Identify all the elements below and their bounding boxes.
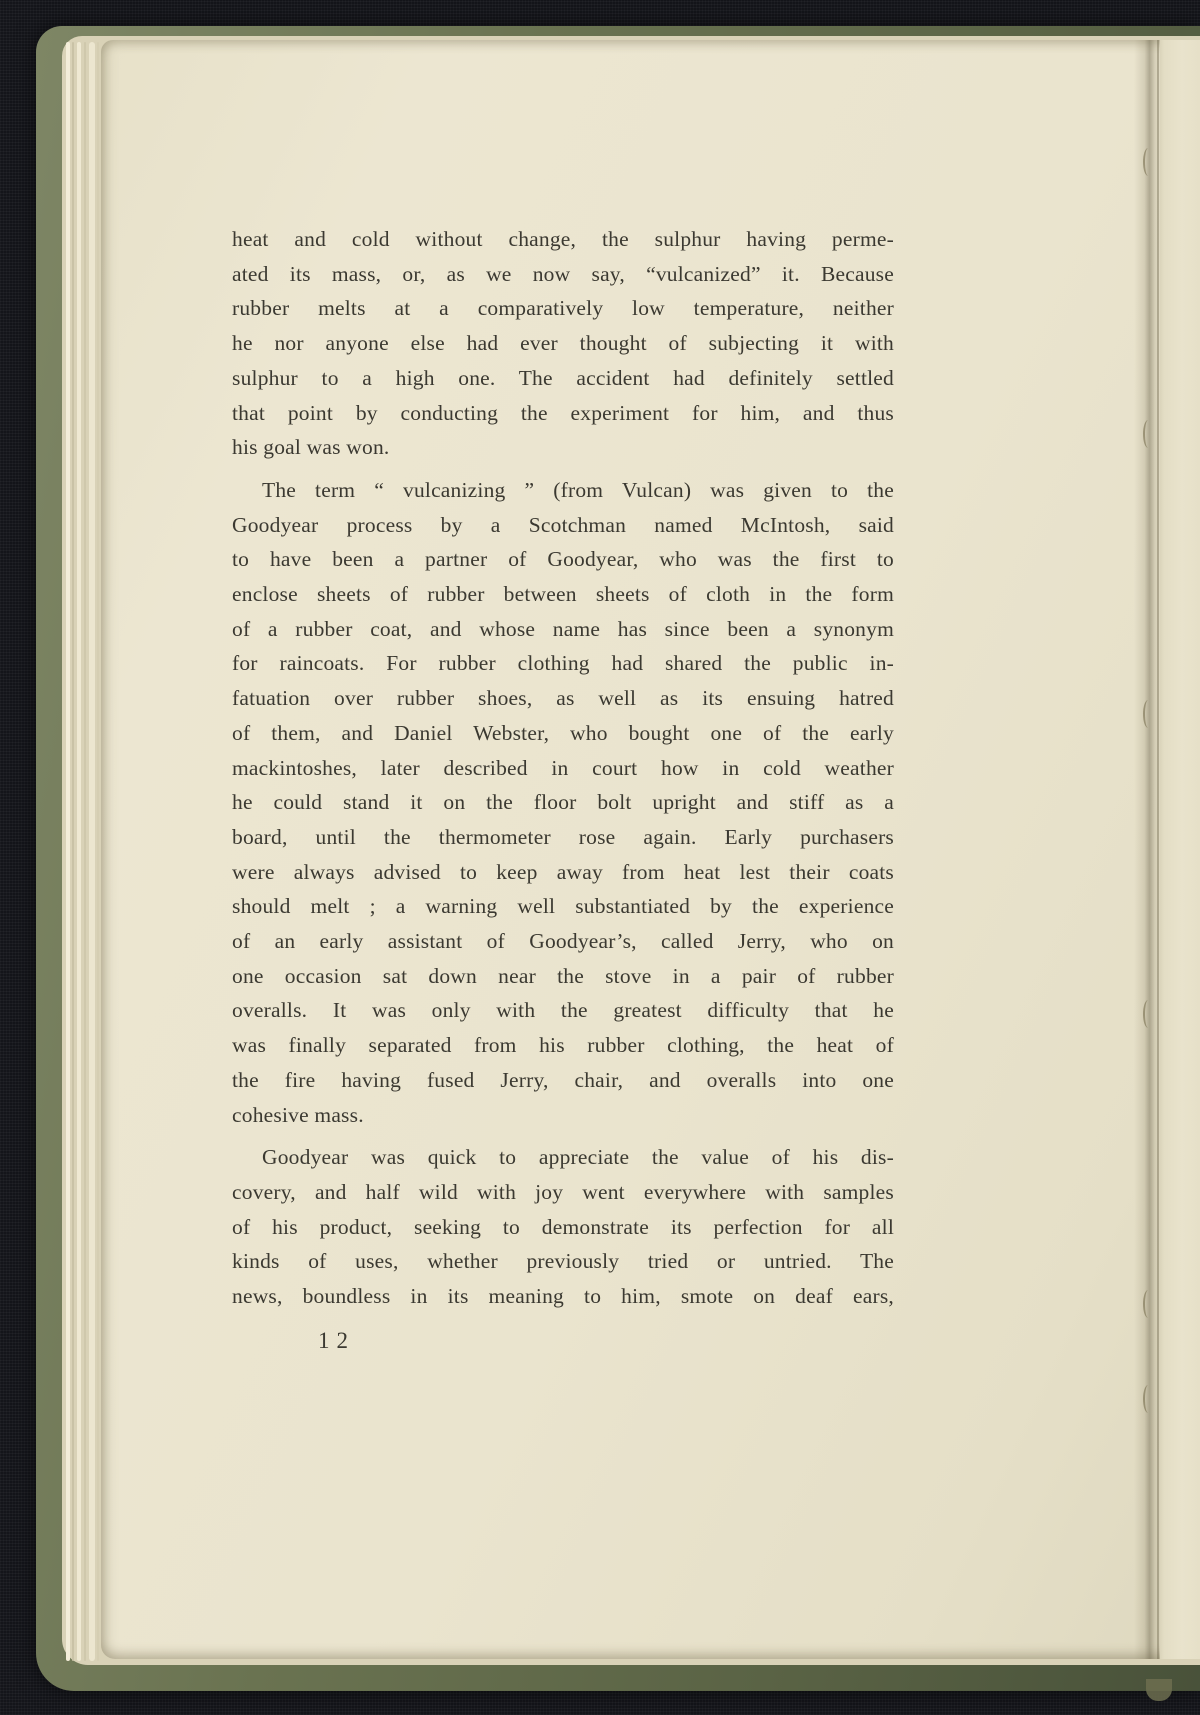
text-line: his goal was won.	[232, 430, 894, 465]
text-line: were always advised to keep away from he…	[232, 855, 894, 890]
book-photo: heat and cold without change, the sulphu…	[0, 0, 1200, 1715]
paragraph: heat and cold without change, the sulphu…	[232, 222, 894, 465]
text-line: of them, and Daniel Webster, who bought …	[232, 716, 894, 751]
text-line: mackintoshes, later described in court h…	[232, 751, 894, 786]
text-line: to have been a partner of Goodyear, who …	[232, 542, 894, 577]
text-line: for raincoats. For rubber clothing had s…	[232, 646, 894, 681]
text-line: was finally separated from his rubber cl…	[232, 1028, 894, 1063]
text-line: should melt ; a warning well substantiat…	[232, 889, 894, 924]
text-line: of his product, seeking to demonstrate i…	[232, 1210, 894, 1245]
paragraph: Goodyear was quick to appreciate the val…	[232, 1140, 894, 1314]
page-edge-line	[89, 42, 95, 1661]
next-page-edge	[1160, 40, 1200, 1659]
page-text-block: heat and cold without change, the sulphu…	[232, 222, 894, 1314]
text-line: The term “ vulcanizing ” (from Vulcan) w…	[232, 473, 894, 508]
text-line: enclose sheets of rubber between sheets …	[232, 577, 894, 612]
page-edge-line	[72, 42, 74, 1661]
text-line: rubber melts at a comparatively low temp…	[232, 291, 894, 326]
text-line: sulphur to a high one. The accident had …	[232, 361, 894, 396]
text-line: kinds of uses, whether previously tried …	[232, 1244, 894, 1279]
page-edge-line	[97, 42, 99, 1661]
text-line: covery, and half wild with joy went ever…	[232, 1175, 894, 1210]
text-line: Goodyear process by a Scotchman named Mc…	[232, 508, 894, 543]
text-line: he nor anyone else had ever thought of s…	[232, 326, 894, 361]
text-line: board, until the thermometer rose again.…	[232, 820, 894, 855]
paragraph: The term “ vulcanizing ” (from Vulcan) w…	[232, 473, 894, 1132]
page-number: 12	[318, 1328, 355, 1354]
page-edge-line	[77, 42, 81, 1661]
text-line: cohesive mass.	[232, 1098, 894, 1133]
text-line: Goodyear was quick to appreciate the val…	[232, 1140, 894, 1175]
text-line: heat and cold without change, the sulphu…	[232, 222, 894, 257]
page-curl-mark	[1143, 148, 1155, 176]
page-curl-mark	[1143, 700, 1155, 728]
page-gutter-crease	[1134, 40, 1164, 1659]
page-curl-mark	[1143, 1385, 1155, 1413]
text-line: he could stand it on the floor bolt upri…	[232, 785, 894, 820]
text-line: one occasion sat down near the stove in …	[232, 959, 894, 994]
text-line: of an early assistant of Goodyear’s, cal…	[232, 924, 894, 959]
page-edge-line	[84, 42, 86, 1661]
cover-wear-mark	[1146, 1679, 1172, 1701]
text-line: fatuation over rubber shoes, as well as …	[232, 681, 894, 716]
page-curl-mark	[1143, 1000, 1155, 1028]
page-gutter-crease-line	[1157, 40, 1159, 1659]
text-line: the fire having fused Jerry, chair, and …	[232, 1063, 894, 1098]
text-line: overalls. It was only with the greatest …	[232, 993, 894, 1028]
page-curl-mark	[1143, 1290, 1155, 1318]
text-line: of a rubber coat, and whose name has sin…	[232, 612, 894, 647]
text-line: that point by conducting the experiment …	[232, 396, 894, 431]
page-edge-line	[66, 42, 70, 1661]
text-line: ated its mass, or, as we now say, “vulca…	[232, 257, 894, 292]
page-curl-mark	[1143, 420, 1155, 448]
text-line: news, boundless in its meaning to him, s…	[232, 1279, 894, 1314]
